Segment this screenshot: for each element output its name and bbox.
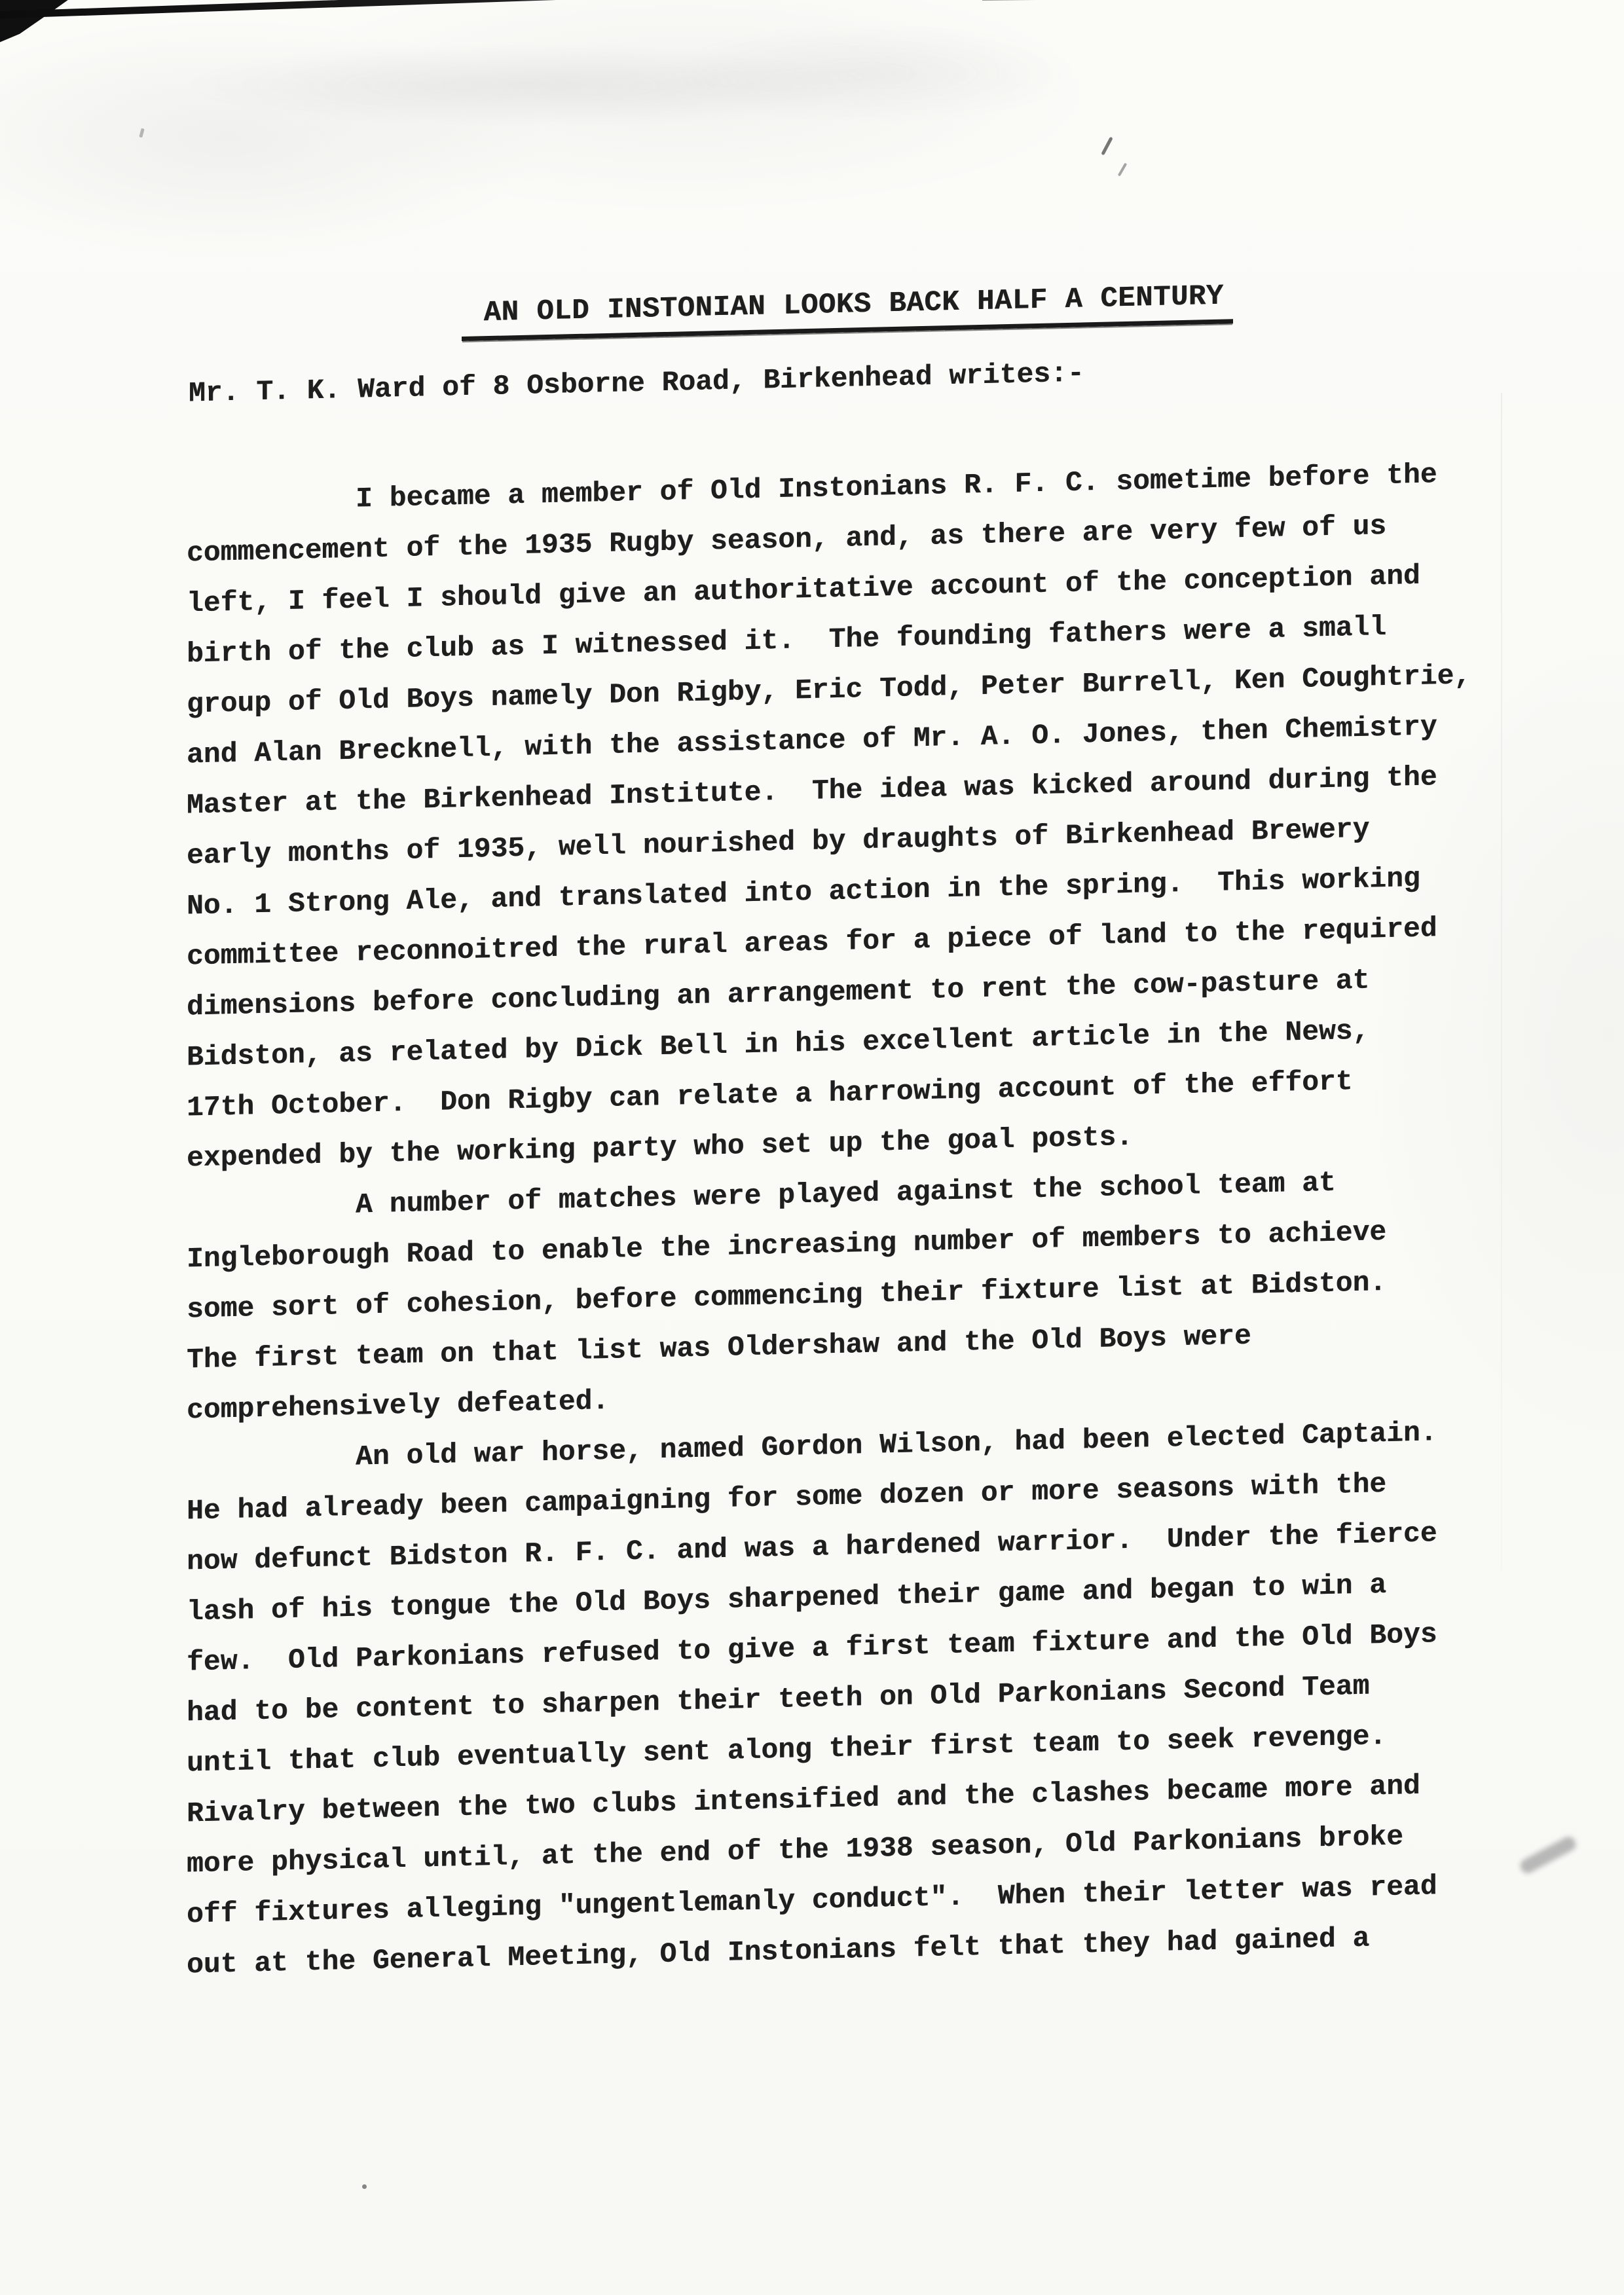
document-title: AN OLD INSTONIAN LOOKS BACK HALF A CENTU… [462,280,1233,341]
letter-body: I became a member of Old Instonians R. F… [187,452,1471,1994]
title-row: AN OLD INSTONIAN LOOKS BACK HALF A CENTU… [424,268,1233,354]
typewritten-content: AN OLD INSTONIAN LOOKS BACK HALF A CENTU… [0,0,1624,2295]
paragraph-matches: A number of matches were played against … [187,1158,1471,1440]
scanned-page: AN OLD INSTONIAN LOOKS BACK HALF A CENTU… [0,0,1624,2295]
paragraph-founding: I became a member of Old Instonians R. F… [187,452,1471,1188]
paragraph-captain: An old war horse, named Gordon Wilson, h… [187,1410,1471,1994]
byline: Mr. T. K. Ward of 8 Osborne Road, Birken… [189,357,1084,409]
